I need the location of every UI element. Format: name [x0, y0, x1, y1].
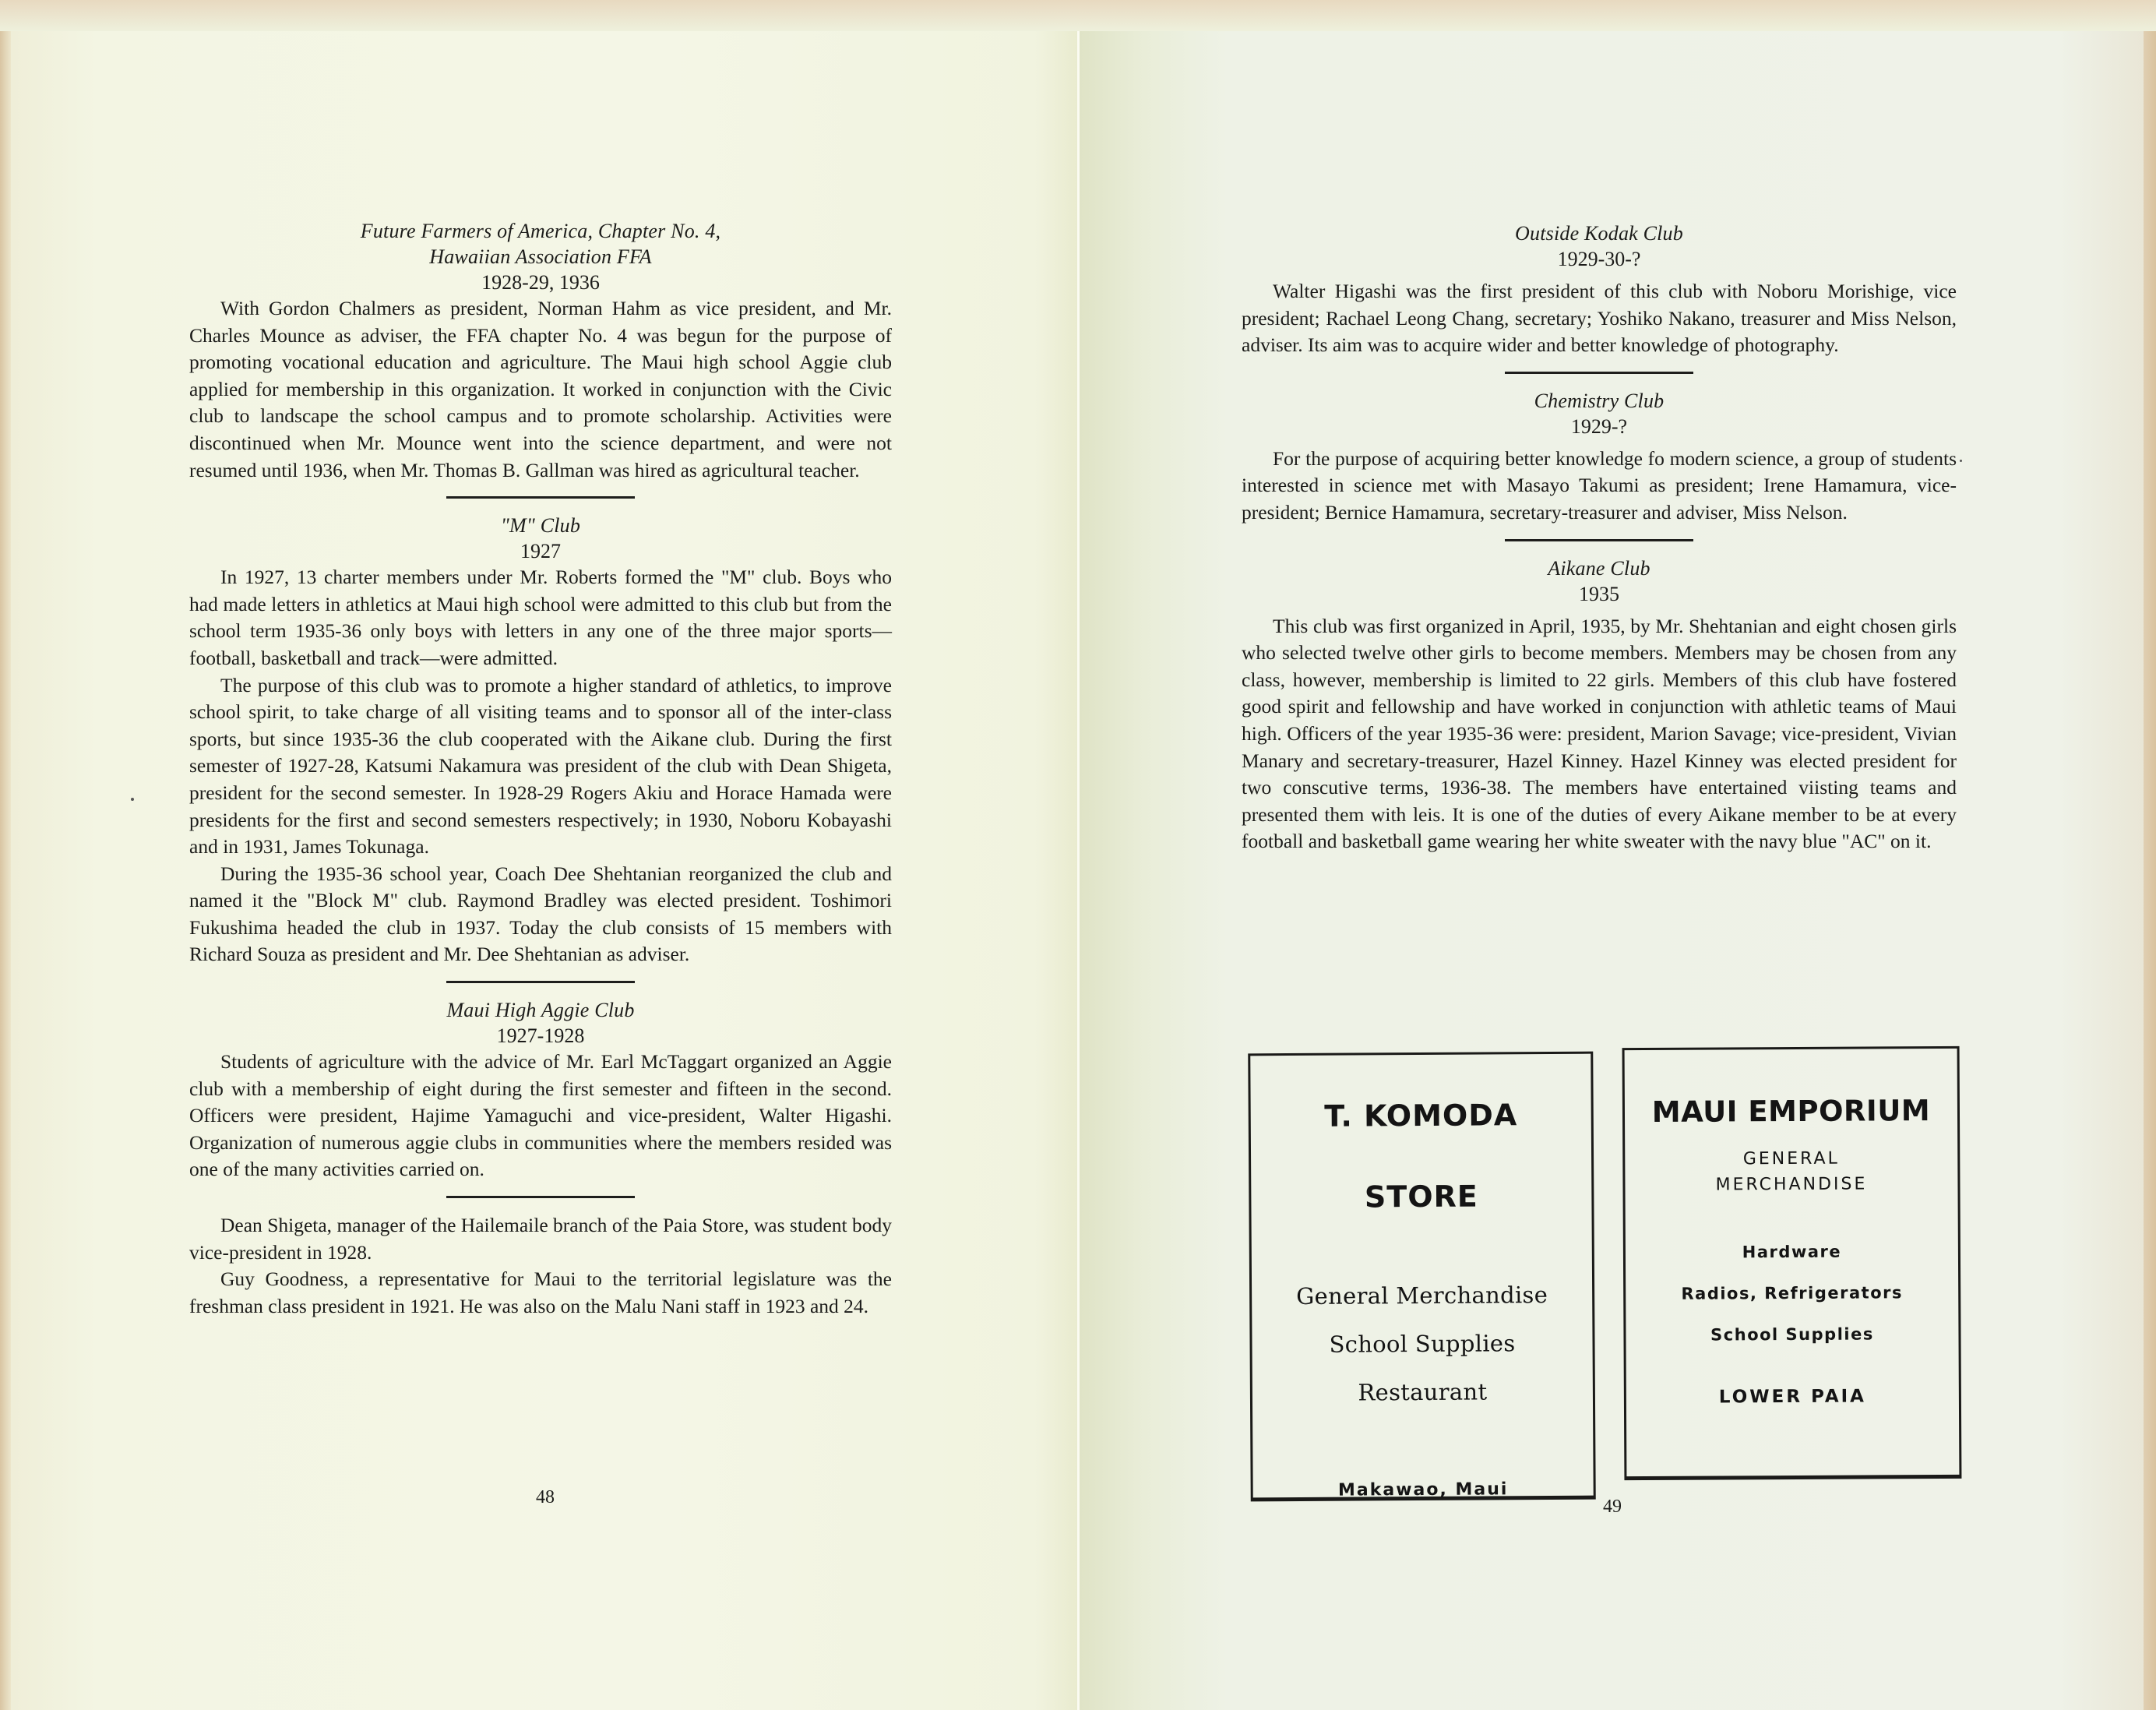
section-divider [446, 496, 635, 499]
section-subtitle: Hawaiian Association FFA [189, 244, 892, 270]
ad-subtitle: GENERAL MERCHANDISE [1625, 1145, 1957, 1198]
ad-maui-emporium: MAUI EMPORIUM GENERAL MERCHANDISE Hardwa… [1622, 1046, 1962, 1480]
ad-store-name: STORE [1251, 1176, 1591, 1218]
ad-line: Hardware [1626, 1231, 1958, 1274]
section-divider [446, 1196, 635, 1198]
section-aikane-club: Aikane Club 1935 This club was first org… [1242, 555, 1957, 855]
paragraph: This club was first organized in April, … [1242, 613, 1957, 855]
paragraph: The purpose of this club was to promote … [189, 672, 892, 861]
section-divider [446, 981, 635, 983]
page-number: 48 [514, 1487, 576, 1508]
paragraph: With Gordon Chalmers as president, Norma… [189, 295, 892, 484]
ad-store-name: T. KOMODA [1251, 1095, 1591, 1137]
ad-location: Makawao, Maui [1253, 1479, 1594, 1501]
section-divider [1505, 372, 1693, 374]
section-kodak-club: Outside Kodak Club 1929-30-? Walter Higa… [1242, 220, 1957, 359]
section-ffa: Future Farmers of America, Chapter No. 4… [189, 218, 892, 484]
right-page-text: Outside Kodak Club 1929-30-? Walter Higa… [1242, 220, 1957, 855]
section-years: 1929-30-? [1242, 246, 1957, 272]
section-alumni-notes: Dean Shigeta, manager of the Hailemaile … [189, 1212, 892, 1320]
section-years: 1929-? [1242, 414, 1957, 439]
paragraph: Walter Higashi was the first president o… [1242, 278, 1957, 359]
section-years: 1928-29, 1936 [189, 270, 892, 295]
section-title: Future Farmers of America, Chapter No. 4… [189, 218, 892, 244]
section-aggie-club: Maui High Aggie Club 1927-1928 Students … [189, 997, 892, 1183]
ad-line: General Merchandise [1252, 1271, 1592, 1321]
scan-right-edge [2144, 31, 2156, 1710]
ad-line: School Supplies [1626, 1313, 1958, 1356]
ad-line: Restaurant [1252, 1367, 1593, 1418]
ad-location: LOWER PAIA [1626, 1386, 1959, 1408]
ad-line: School Supplies [1252, 1319, 1592, 1370]
scan-top-edge [0, 0, 2156, 31]
paragraph: Students of agriculture with the advice … [189, 1049, 892, 1183]
section-years: 1935 [1242, 581, 1957, 607]
section-title: Aikane Club [1242, 555, 1957, 581]
section-title: Chemistry Club [1242, 388, 1957, 414]
ad-subtitle-line: GENERAL [1625, 1145, 1957, 1172]
book-spread: Future Farmers of America, Chapter No. 4… [0, 0, 2156, 1710]
section-chemistry-club: Chemistry Club 1929-? For the purpose of… [1242, 388, 1957, 527]
paragraph: Dean Shigeta, manager of the Hailemaile … [189, 1212, 892, 1266]
paragraph: During the 1935-36 school year, Coach De… [189, 861, 892, 968]
left-page-text: Future Farmers of America, Chapter No. 4… [189, 218, 892, 1320]
section-years: 1927 [189, 538, 892, 564]
ad-subtitle-line: MERCHANDISE [1625, 1171, 1957, 1198]
section-title: Maui High Aggie Club [189, 997, 892, 1023]
print-speck [131, 798, 134, 801]
section-divider [1505, 539, 1693, 541]
section-title: "M" Club [189, 513, 892, 538]
paragraph: In 1927, 13 charter members under Mr. Ro… [189, 564, 892, 672]
section-title: Outside Kodak Club [1242, 220, 1957, 246]
book-gutter [1077, 31, 1080, 1710]
print-speck [1960, 460, 1962, 462]
section-years: 1927-1928 [189, 1023, 892, 1049]
ad-komoda-store: T. KOMODA STORE General Merchandise Scho… [1248, 1052, 1596, 1502]
ad-store-name: MAUI EMPORIUM [1625, 1091, 1957, 1133]
section-m-club: "M" Club 1927 In 1927, 13 charter member… [189, 513, 892, 968]
ad-line: Radios, Refrigerators [1626, 1272, 1958, 1315]
paragraph: Guy Goodness, a representative for Maui … [189, 1266, 892, 1320]
paragraph: For the purpose of acquiring better know… [1242, 446, 1957, 527]
scan-left-edge [0, 31, 11, 1710]
page-number: 49 [1581, 1497, 1643, 1518]
